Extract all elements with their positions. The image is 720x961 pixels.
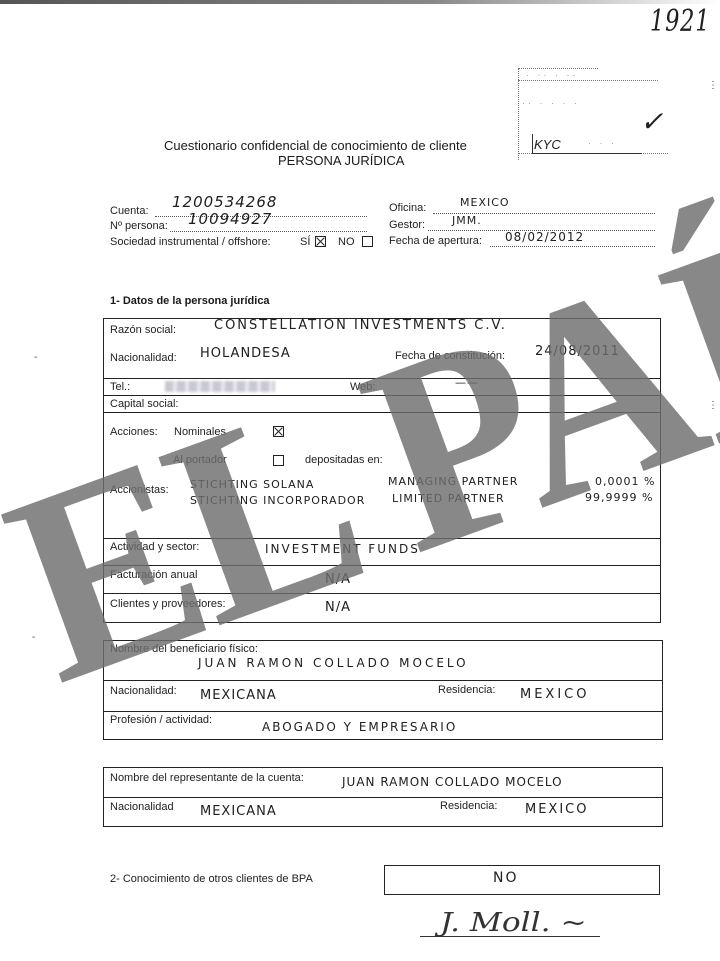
profesion-value[interactable]: ABOGADO Y EMPRESARIO (262, 720, 457, 734)
cuenta-value[interactable]: 1200534268 (172, 193, 277, 211)
nacionalidad-label: Nacionalidad: (110, 352, 177, 364)
signature-line (420, 936, 600, 937)
accionista-role[interactable]: LIMITED PARTNER (392, 492, 505, 505)
signature: J. Moll. ~ (440, 908, 587, 938)
edge-marks: ⋮ (708, 400, 718, 411)
accionista-pct[interactable]: 99,9999 % (585, 491, 653, 504)
no-label: NO (338, 236, 355, 248)
representante-residencia-value[interactable]: MEXICO (525, 802, 588, 817)
beneficiario-nombre-label: Nombre del beneficiario físico: (110, 643, 258, 655)
page-number: 1921 (650, 4, 710, 39)
actividad-value[interactable]: INVESTMENT FUNDS (265, 542, 420, 556)
beneficiario-nacionalidad-label: Nacionalidad: (110, 685, 177, 697)
nominales-label: Nominales (174, 426, 226, 438)
check-mark-icon: ✓ (640, 105, 663, 138)
kyc-label: KYC (534, 137, 561, 152)
gestor-value[interactable]: JMM. (452, 214, 482, 227)
al-portador-checkbox[interactable] (273, 455, 284, 466)
cuenta-label: Cuenta: (110, 205, 149, 217)
accionista-role[interactable]: MANAGING PARTNER (388, 475, 518, 488)
accionista-pct[interactable]: 0,0001 % (595, 475, 655, 488)
offshore-no-checkbox[interactable] (362, 236, 373, 247)
fecha-apertura-label: Fecha de apertura: (389, 235, 482, 247)
representante-residencia-label: Residencia: (440, 800, 497, 812)
facturacion-label: Facturación anual (110, 569, 197, 581)
razon-social-label: Razón social: (110, 324, 176, 336)
al-portador-label: Al portador (173, 454, 227, 466)
form-title: Cuestionario confidencial de conocimient… (164, 138, 467, 153)
fecha-apertura-value[interactable]: 08/02/2012 (505, 230, 584, 244)
persona-value[interactable]: 10094927 (188, 210, 272, 228)
depositadas-label: depositadas en: (305, 454, 383, 466)
web-value[interactable]: —— (455, 376, 479, 389)
gestor-label: Gestor: (389, 219, 425, 231)
section2-title: 2- Conocimiento de otros clientes de BPA (110, 873, 313, 885)
section2-answer-value[interactable]: NO (493, 870, 519, 886)
clientes-value[interactable]: N/A (325, 600, 351, 615)
razon-social-value[interactable]: CONSTELLATION INVESTMENTS C.V. (214, 318, 507, 333)
beneficiario-nacionalidad-value[interactable]: MEXICANA (200, 688, 277, 703)
beneficiario-nombre-value[interactable]: JUAN RAMON COLLADO MOCELO (198, 656, 469, 670)
representante-nacionalidad-label: Nacionalidad (110, 801, 174, 813)
accionista-name[interactable]: STICHTING INCORPORADOR (190, 494, 365, 507)
representante-nombre-value[interactable]: JUAN RAMON COLLADO MOCELO (342, 775, 563, 789)
accionista-name[interactable]: STICHTING SOLANA (190, 478, 314, 491)
fecha-constitucion-label: Fecha de constitución: (395, 350, 505, 362)
oficina-label: Oficina: (389, 202, 426, 214)
facturacion-value[interactable]: N/A (325, 572, 351, 587)
nacionalidad-value[interactable]: HOLANDESA (200, 346, 291, 361)
capital-social-label: Capital social: (110, 398, 178, 410)
representante-nombre-label: Nombre del representante de la cuenta: (110, 772, 304, 784)
accionistas-label: Accionistas: (110, 484, 169, 496)
scan-top-edge (0, 0, 720, 4)
actividad-label: Actividad y sector: (110, 541, 199, 553)
persona-label: Nº persona: (110, 220, 168, 232)
profesion-label: Profesión / actividad: (110, 714, 212, 726)
scan-speck: - (32, 632, 35, 643)
clientes-label: Clientes y proveedores: (110, 598, 226, 610)
tel-label: Tel.: (110, 381, 130, 393)
representante-nacionalidad-value[interactable]: MEXICANA (200, 804, 277, 819)
web-label: Web: (350, 381, 375, 393)
scan-speck: - (34, 352, 37, 363)
beneficiario-residencia-label: Residencia: (438, 684, 495, 696)
section1-title: 1- Datos de la persona jurídica (110, 295, 270, 307)
offshore-si-checkbox[interactable] (315, 236, 326, 247)
tel-redacted (165, 381, 275, 392)
offshore-label: Sociedad instrumental / offshore: (110, 236, 271, 248)
oficina-value[interactable]: MEXICO (460, 196, 510, 209)
fecha-constitucion-value[interactable]: 24/08/2011 (535, 344, 620, 359)
beneficiario-residencia-value[interactable]: MEXICO (520, 687, 589, 702)
section2-answer-box (384, 865, 660, 895)
edge-marks: ⋮ (708, 80, 718, 91)
si-label: SÍ (300, 236, 310, 248)
nominales-checkbox[interactable] (273, 426, 284, 437)
acciones-label: Acciones: (110, 426, 158, 438)
